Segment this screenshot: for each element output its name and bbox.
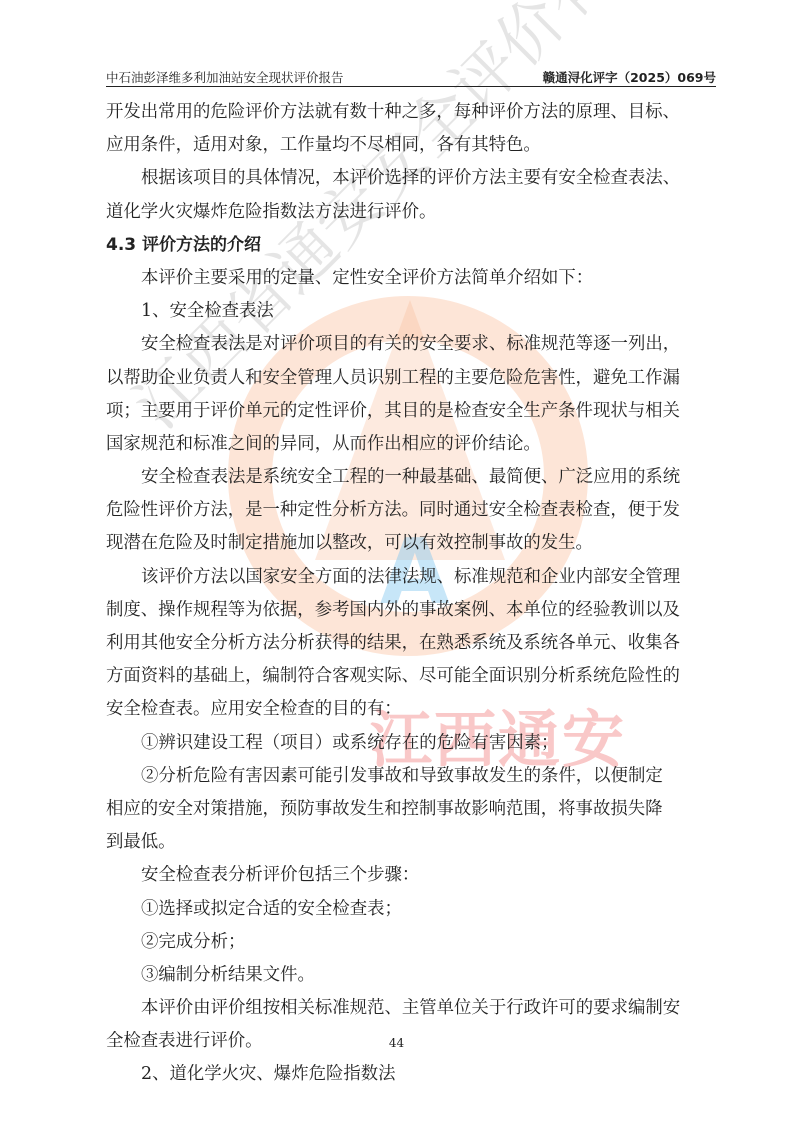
text-line: 应用条件，适用对象，工作量均不尽相同，各有其特色。 (106, 129, 718, 162)
list-item: ③编制分析结果文件。 (106, 959, 718, 992)
text-line: 开发出常用的危险评价方法就有数十种之多，每种评价方法的原理、目标、 (106, 96, 718, 129)
text-line: 根据该项目的具体情况，本评价选择的评价方法主要有安全检查表法、 (106, 162, 718, 195)
subsection-title: 1、安全检查表法 (106, 295, 718, 328)
page-header: 中石油彭泽维多利加油站安全现状评价报告 赣通浔化评字（2025）069号 (106, 66, 716, 87)
text-line: 安全检查表分析评价包括三个步骤： (106, 859, 718, 892)
text-line: 安全检查表法是系统安全工程的一种最基础、最简便、广泛应用的系统 (106, 461, 718, 494)
body-text: 开发出常用的危险评价方法就有数十种之多，每种评价方法的原理、目标、 应用条件，适… (106, 96, 718, 1092)
document-page: A 江西省通安安全评价有限公司 江西通安 中石油彭泽维多利加油站安全现状评价报告… (0, 0, 793, 1122)
text-line: 项；主要用于评价单元的定性评价，其目的是检查安全生产条件现状与相关 (106, 395, 718, 428)
text-line: 方面资料的基础上，编制符合客观实际、尽可能全面识别分析系统危险性的 (106, 660, 718, 693)
section-heading: 4.3 评价方法的介绍 (106, 229, 718, 262)
text-line: 本评价由评价组按相关标准规范、主管单位关于行政许可的要求编制安 (106, 992, 718, 1025)
text-line: 以帮助企业负责人和安全管理人员识别工程的主要危险危害性，避免工作漏 (106, 362, 718, 395)
subsection-title: 2、道化学火灾、爆炸危险指数法 (106, 1058, 718, 1091)
text-line: 危险性评价方法，是一种定性分析方法。同时通过安全检查表检查，便于发 (106, 494, 718, 527)
text-line: 到最低。 (106, 826, 718, 859)
list-item: ②分析危险有害因素可能引发事故和导致事故发生的条件，以便制定 (106, 760, 718, 793)
report-title: 中石油彭泽维多利加油站安全现状评价报告 (106, 68, 344, 86)
list-item: ①选择或拟定合适的安全检查表； (106, 893, 718, 926)
list-item: ②完成分析； (106, 926, 718, 959)
report-number: 赣通浔化评字（2025）069号 (543, 68, 716, 86)
text-line: 相应的安全对策措施，预防事故发生和控制事故影响范围，将事故损失降 (106, 793, 718, 826)
text-line: 制度、操作规程等为依据，参考国内外的事故案例、本单位的经验教训以及 (106, 594, 718, 627)
text-line: 安全检查表法是对评价项目的有关的安全要求、标准规范等逐一列出， (106, 328, 718, 361)
list-item: ①辨识建设工程（项目）或系统存在的危险有害因素； (106, 727, 718, 760)
text-line: 道化学火灾爆炸危险指数法方法进行评价。 (106, 196, 718, 229)
text-line: 利用其他安全分析方法分析获得的结果，在熟悉系统及系统各单元、收集各 (106, 627, 718, 660)
text-line: 本评价主要采用的定量、定性安全评价方法简单介绍如下： (106, 262, 718, 295)
page-number: 44 (0, 1036, 793, 1050)
text-line: 国家规范和标准之间的异同，从而作出相应的评价结论。 (106, 428, 718, 461)
text-line: 现潜在危险及时制定措施加以整改，可以有效控制事故的发生。 (106, 527, 718, 560)
text-line: 该评价方法以国家安全方面的法律法规、标准规范和企业内部安全管理 (106, 561, 718, 594)
text-line: 安全检查表。应用安全检查的目的有： (106, 693, 718, 726)
